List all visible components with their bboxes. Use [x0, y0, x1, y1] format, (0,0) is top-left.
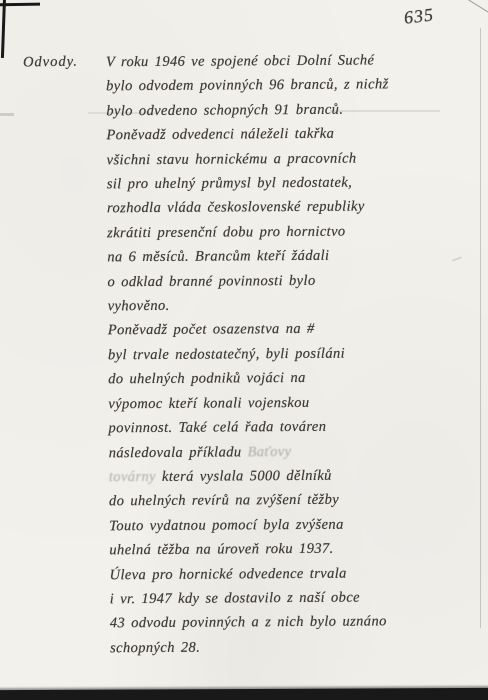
handwritten-line: schopných 28.: [110, 633, 478, 660]
handwritten-text-segment: 43 odvodu povinných a z nich bylo uznáno: [110, 614, 387, 632]
handwritten-line: o odklad branné povinnosti bylo: [107, 267, 475, 294]
handwritten-line: Úleva pro hornické odvedence trvala: [109, 560, 477, 587]
handwritten-line: Poněvadž počet osazenstva na #: [108, 316, 476, 343]
handwritten-line: bylo odvedeno schopných 91 branců.: [106, 97, 474, 124]
handwritten-text-segment: bylo odvedeno schopných 91 branců.: [106, 101, 343, 119]
scan-smudge: [0, 113, 14, 116]
handwritten-line: 43 odvodu povinných a z nich bylo uznáno: [110, 609, 478, 636]
handwritten-text-segment: rozhodla vláda československé republiky: [107, 199, 365, 217]
handwritten-line: všichni stavu hornickému a pracovních: [107, 145, 475, 172]
scan-corner-mark-horizontal: [0, 3, 40, 7]
scan-bottom-edge: [0, 688, 488, 700]
handwritten-text-segment: o odklad branné povinnosti bylo: [107, 272, 315, 289]
handwritten-text-segment: následovala příkladu: [109, 444, 248, 461]
handwritten-text-segment: uhelná těžba na úroveň roku 1937.: [109, 541, 333, 559]
handwritten-line: Touto vydatnou pomocí byla zvýšena: [109, 511, 477, 538]
handwritten-text-segment: V roku 1946 ve spojené obci Dolní Suché: [106, 52, 374, 70]
scan-corner-mark-vertical: [1, 0, 6, 58]
scanned-page: 635 Odvody. V roku 1946 ve spojené obci …: [0, 0, 488, 700]
handwritten-text-segment: Poněvadž odvedenci náleželi takřka: [106, 126, 334, 144]
handwritten-text-segment: Baťovy: [247, 444, 291, 460]
handwritten-line: následovala příkladu Baťovy: [109, 438, 477, 465]
handwritten-text-segment: výpomoc kteří konali vojenskou: [108, 395, 309, 412]
handwritten-line: i vr. 1947 kdy se dostavilo z naší obce: [110, 585, 478, 612]
handwritten-text-segment: povinnost. Také celá řada továren: [108, 419, 326, 437]
handwritten-line: rozhodla vláda československé republiky: [107, 194, 475, 221]
handwritten-text-segment: Touto vydatnou pomocí byla zvýšena: [109, 516, 344, 534]
handwritten-text-segment: byl trvale nedostatečný, byli posíláni: [108, 346, 345, 364]
handwritten-line: V roku 1946 ve spojené obci Dolní Suché: [106, 48, 474, 75]
handwritten-line: Poněvadž odvedenci náleželi takřka: [106, 121, 474, 148]
page-edge-diagonal-line: [455, 0, 488, 18]
handwritten-line: do uhelných revírů na zvýšení těžby: [109, 487, 477, 514]
handwritten-line: bylo odvodem povinných 96 branců, z nich…: [106, 72, 474, 99]
handwritten-text-block: V roku 1946 ve spojené obci Dolní Suchéb…: [106, 48, 478, 661]
handwritten-text-segment: Poněvadž počet osazenstva na #: [108, 321, 315, 338]
page-number: 635: [403, 4, 435, 28]
handwritten-text-segment: vyhověno.: [108, 298, 170, 314]
handwritten-line: zkrátiti presenční dobu pro hornictvo: [107, 219, 475, 246]
handwritten-text-segment: zkrátiti presenční dobu pro hornictvo: [107, 223, 346, 241]
handwritten-line: povinnost. Také celá řada továren: [108, 414, 476, 441]
handwritten-text-segment: do uhelných revírů na zvýšení těžby: [109, 492, 339, 510]
handwritten-line: do uhelných podniků vojáci na: [108, 365, 476, 392]
margin-note: Odvody.: [23, 54, 78, 72]
handwritten-line: sil pro uhelný průmysl byl nedostatek,: [107, 170, 475, 197]
handwritten-line: byl trvale nedostatečný, byli posíláni: [108, 341, 476, 368]
handwritten-text-segment: na 6 měsíců. Brancům kteří žádali: [107, 248, 329, 266]
handwritten-line: na 6 měsíců. Brancům kteří žádali: [107, 243, 475, 270]
handwritten-text-segment: která vyslala 5000 dělníků: [162, 468, 332, 485]
handwritten-text-segment: sil pro uhelný průmysl byl nedostatek,: [107, 175, 352, 193]
handwritten-text-segment: bylo odvodem povinných 96 branců, z nich…: [106, 77, 389, 95]
handwritten-text-segment: Úleva pro hornické odvedence trvala: [109, 565, 346, 583]
handwritten-text-segment: schopných 28.: [110, 639, 200, 656]
handwritten-line: uhelná těžba na úroveň roku 1937.: [109, 536, 477, 563]
handwritten-line: vyhověno.: [108, 292, 476, 319]
handwritten-text-segment: do uhelných podniků vojáci na: [108, 370, 306, 387]
handwritten-text-segment: všichni stavu hornickému a pracovních: [107, 150, 357, 168]
handwritten-line: výpomoc kteří konali vojenskou: [108, 389, 476, 416]
handwritten-text-segment: i vr. 1947 kdy se dostavilo z naší obce: [110, 589, 360, 607]
handwritten-line: továrny která vyslala 5000 dělníků: [109, 463, 477, 490]
paper-right-edge-line: [480, 28, 481, 628]
handwritten-text-segment: továrny: [109, 469, 162, 485]
